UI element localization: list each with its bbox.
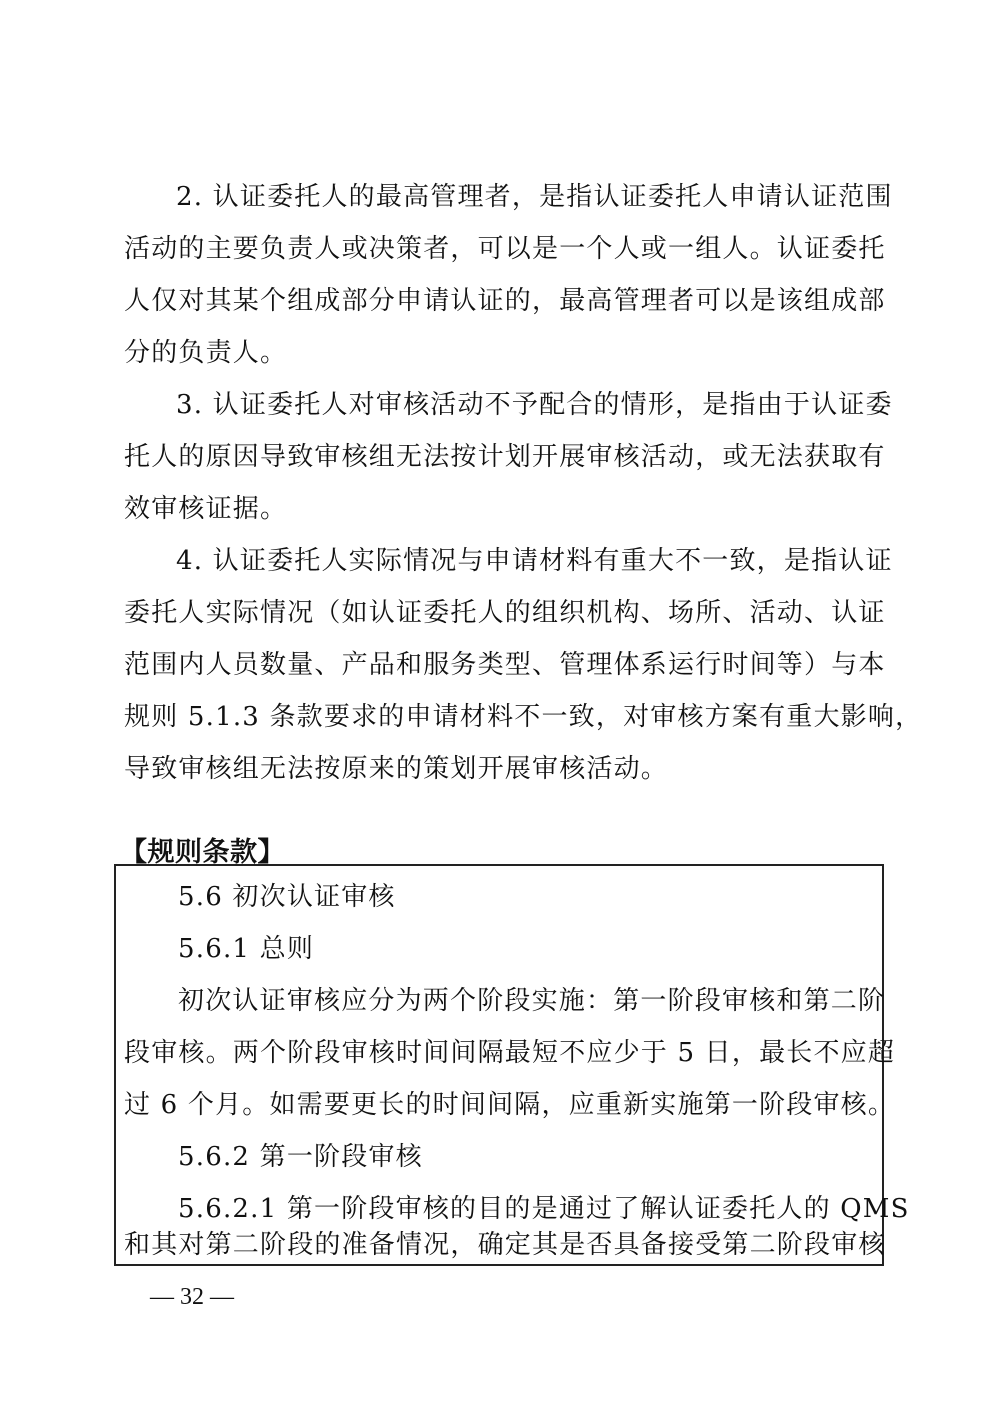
- subsection-title: 5.6.1 总则: [178, 932, 876, 966]
- text-line: 人仅对其某个组成部分申请认证的，最高管理者可以是该组成部: [124, 284, 876, 318]
- text-line: 初次认证审核应分为两个阶段实施：第一阶段审核和第二阶: [178, 984, 876, 1018]
- text-line: 效审核证据。: [124, 492, 876, 526]
- text-line: 范围内人员数量、产品和服务类型、管理体系运行时间等）与本: [124, 648, 876, 682]
- text-line: 4. 认证委托人实际情况与申请材料有重大不一致，是指认证: [176, 544, 876, 578]
- text-line: 规则 5.1.3 条款要求的申请材料不一致，对审核方案有重大影响，: [124, 700, 876, 734]
- text-line: 和其对第二阶段的准备情况，确定其是否具备接受第二阶段审核: [124, 1228, 876, 1262]
- text-line: 托人的原因导致审核组无法按计划开展审核活动，或无法获取有: [124, 440, 876, 474]
- subsection-title: 5.6.2 第一阶段审核: [178, 1140, 876, 1174]
- text-line: 导致审核组无法按原来的策划开展审核活动。: [124, 752, 876, 786]
- text-line: 段审核。两个阶段审核时间间隔最短不应少于 5 日，最长不应超: [124, 1036, 876, 1070]
- text-line: 活动的主要负责人或决策者，可以是一个人或一组人。认证委托: [124, 232, 876, 266]
- text-line: 5.6.2.1 第一阶段审核的目的是通过了解认证委托人的 QMS: [178, 1192, 876, 1226]
- text-line: 分的负责人。: [124, 336, 876, 370]
- section-title: 5.6 初次认证审核: [178, 880, 876, 914]
- text-line: 2. 认证委托人的最高管理者，是指认证委托人申请认证范围: [176, 180, 876, 214]
- page-number: — 32 —: [150, 1282, 234, 1312]
- text-line: 过 6 个月。如需要更长的时间间隔，应重新实施第一阶段审核。: [124, 1088, 876, 1122]
- text-line: 3. 认证委托人对审核活动不予配合的情形，是指由于认证委: [176, 388, 876, 422]
- text-line: 委托人实际情况（如认证委托人的组织机构、场所、活动、认证: [124, 596, 876, 630]
